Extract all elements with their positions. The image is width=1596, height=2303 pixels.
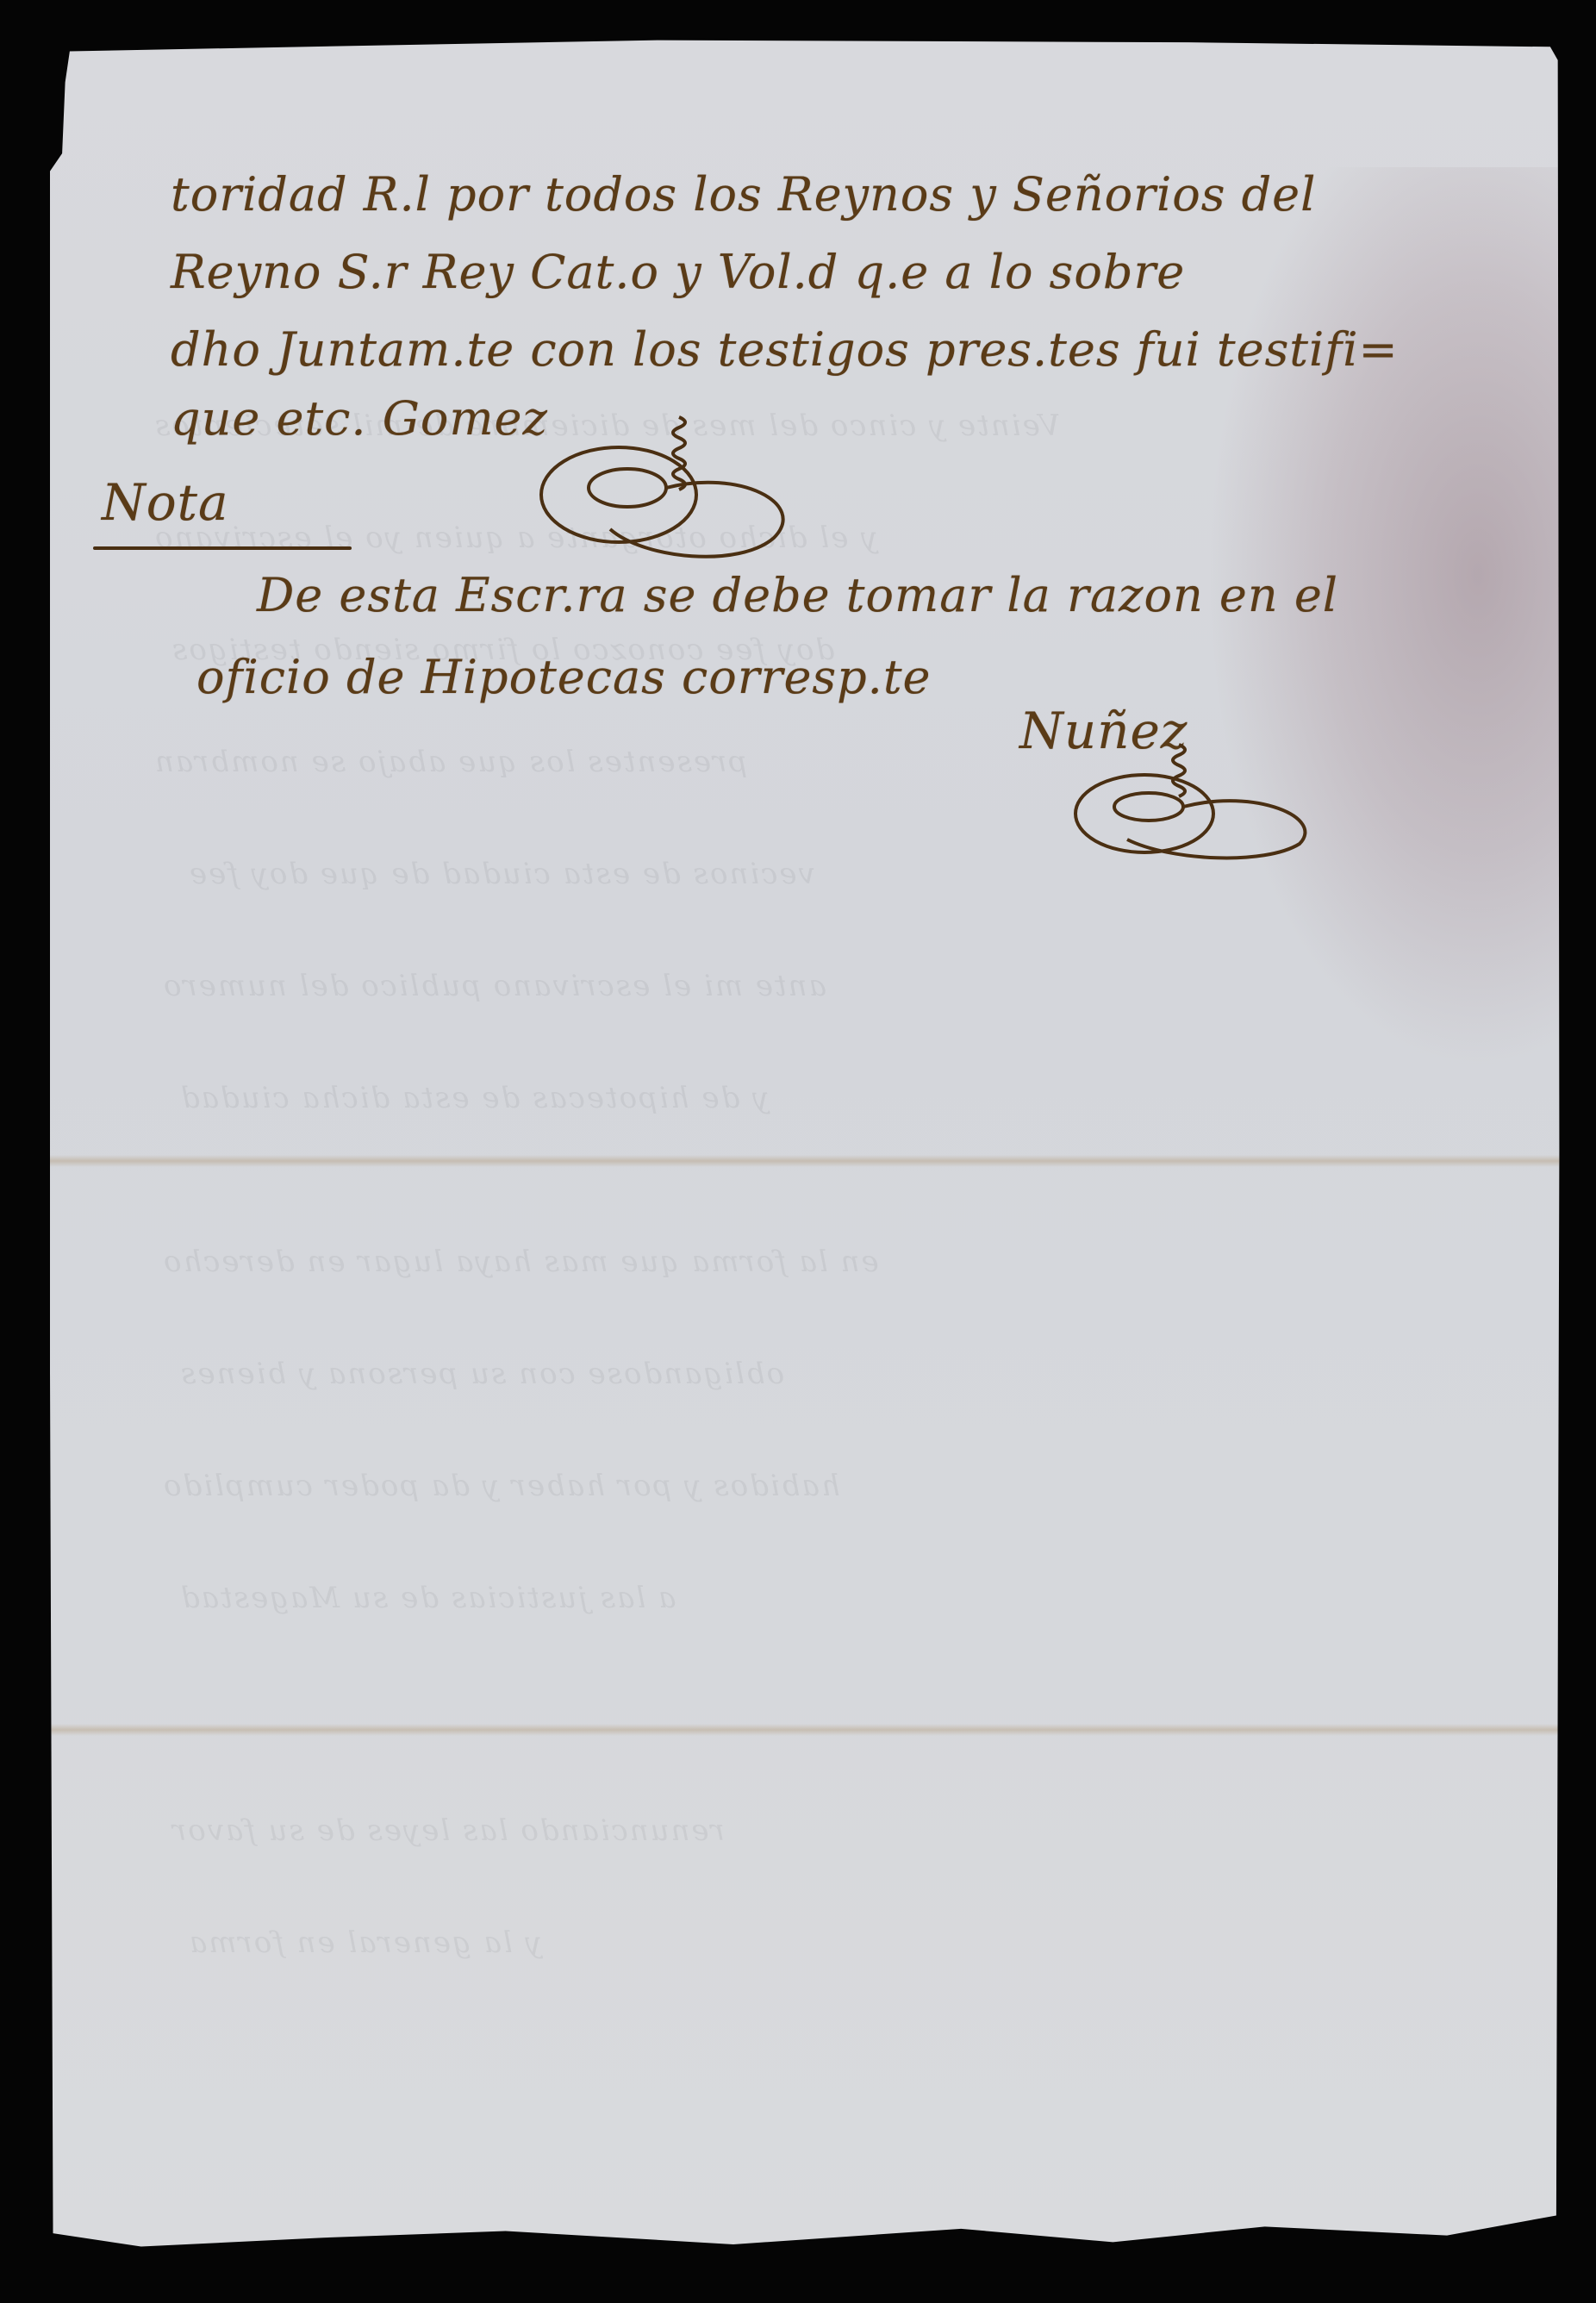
text-line-3: dho Juntam.te con los testigos pres.tes …	[171, 322, 1399, 377]
bleed-through-line: presentes los que abajo se nombran	[153, 745, 747, 779]
signature-rubric-icon	[515, 409, 843, 572]
bleed-through-line: renunciando las leyes de su favor	[171, 1813, 725, 1848]
note-heading: Nota	[102, 473, 229, 532]
bleed-through-line: y la general en forma	[188, 1925, 542, 1960]
fold-line-upper	[50, 1155, 1568, 1167]
text-line-2: Reyno S.r Rey Cat.o y Vol.d q.e a lo sob…	[171, 245, 1185, 299]
note-heading-underline	[93, 546, 352, 550]
bleed-through-line: ante mi el escrivano publico del numero	[162, 969, 826, 1003]
bleed-through-line: vecinos de esta ciudad de que doy fee	[188, 857, 815, 891]
text-line-4: que etc. Gomez	[171, 391, 548, 446]
fold-line-lower	[50, 1724, 1568, 1736]
bleed-through-line: en la forma que mas haya lugar en derech…	[162, 1245, 879, 1279]
bleed-through-line: y de hipotecas de esta dicha ciudad	[179, 1081, 769, 1115]
bleed-through-line: a las justicias de su Magestad	[179, 1581, 676, 1615]
text-line-1: toridad R.l por todos los Reynos y Señor…	[171, 167, 1316, 222]
signature-rubric-icon	[1050, 736, 1360, 865]
note-line-1: De esta Escr.ra se debe tomar la razon e…	[257, 568, 1338, 622]
manuscript-page: Veinte y cinco del mes de diciembre de m…	[50, 38, 1568, 2260]
bleed-through-line: obligandose con su persona y bienes	[179, 1357, 784, 1391]
bleed-through-line: habidos y por haber y da poder cumplido	[162, 1469, 840, 1503]
note-line-2: oficio de Hipotecas corresp.te	[196, 650, 932, 704]
